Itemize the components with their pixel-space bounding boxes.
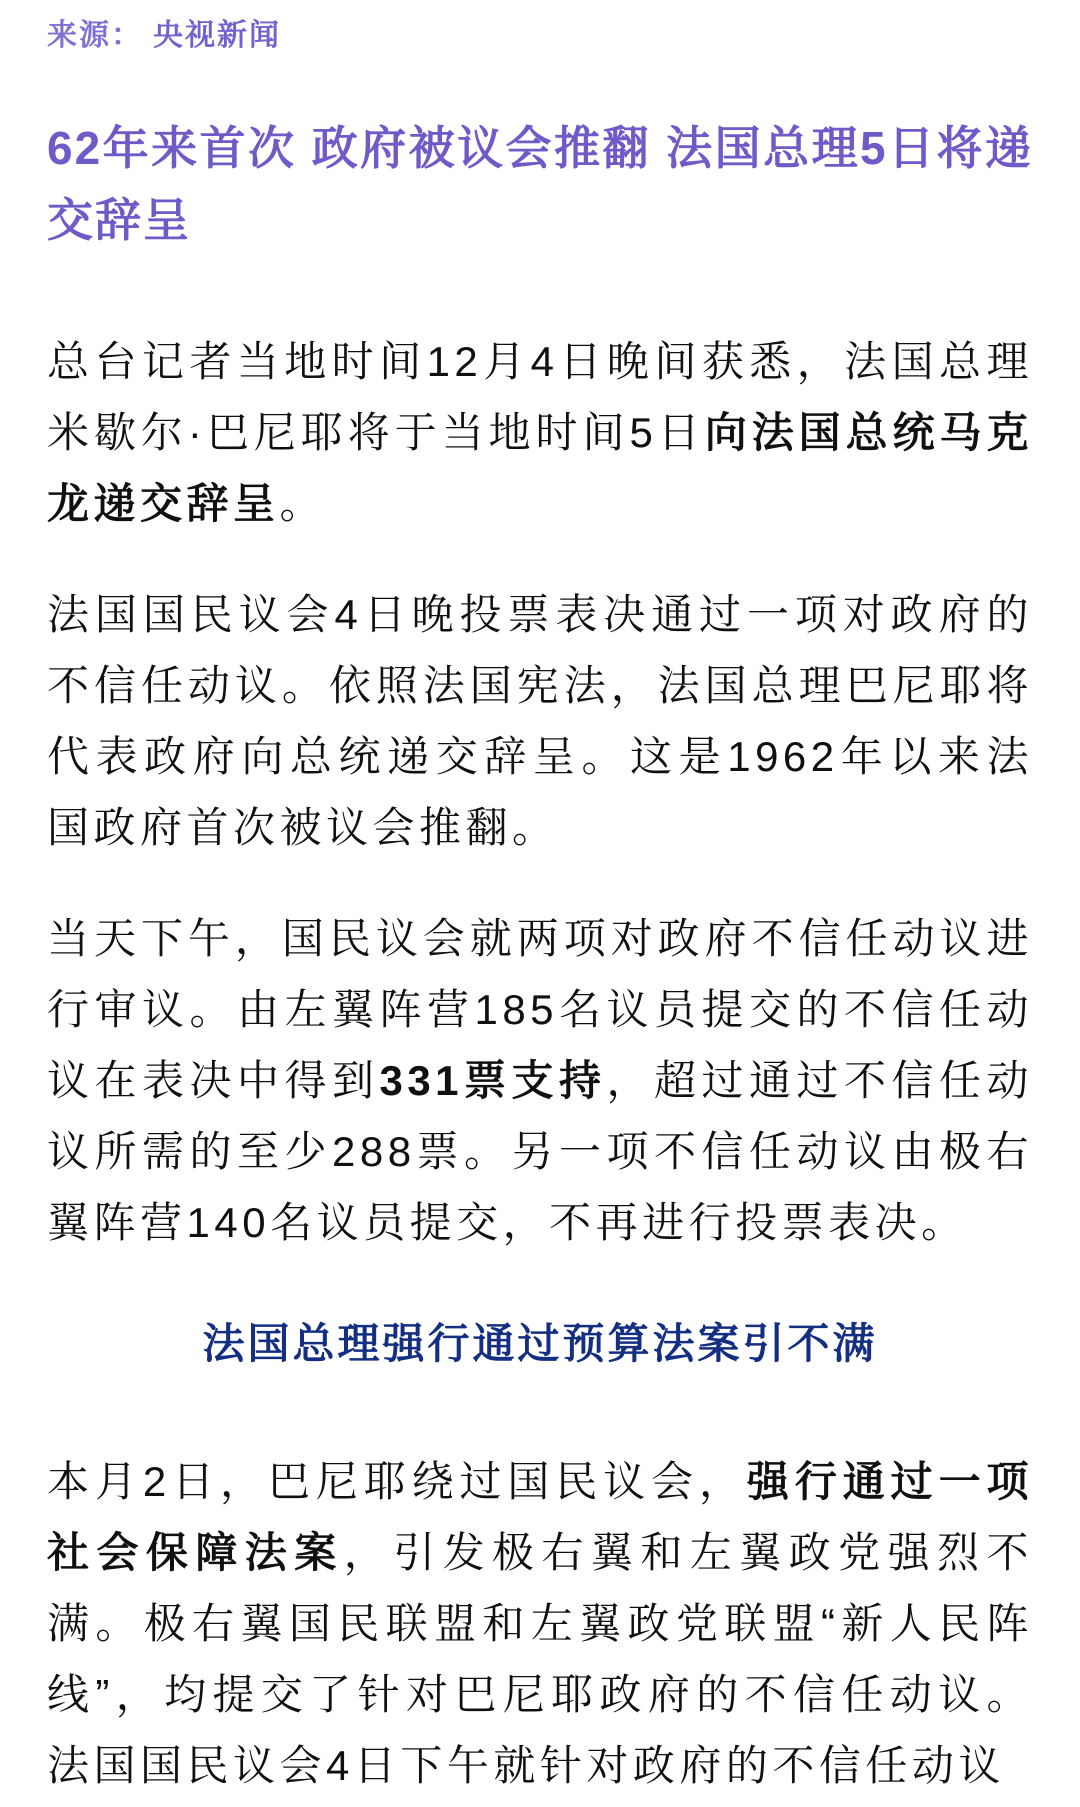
article-paragraph: 总台记者当地时间12月4日晚间获悉，法国总理米歇尔·巴尼耶将于当地时间5日向法国…	[47, 326, 1033, 539]
article-paragraph: 法国国民议会4日晚投票表决通过一项对政府的不信任动议。依照法国宪法，法国总理巴尼…	[47, 579, 1033, 863]
article-page: 来源：央视新闻 62年来首次 政府被议会推翻 法国总理5日将递交辞呈 总台记者当…	[0, 0, 1080, 1807]
bold-text: 331票支持	[379, 1057, 606, 1104]
source-line: 来源：央视新闻	[47, 14, 1033, 58]
source-link[interactable]: 央视新闻	[153, 19, 281, 52]
article-paragraph: 当天下午，国民议会就两项对政府不信任动议进行审议。由左翼阵营185名议员提交的不…	[47, 903, 1033, 1258]
section-subheading: 法国总理强行通过预算法案引不满	[47, 1314, 1033, 1374]
source-label: 来源：	[47, 19, 143, 52]
article-body: 总台记者当地时间12月4日晚间获悉，法国总理米歇尔·巴尼耶将于当地时间5日向法国…	[47, 326, 1033, 1801]
body-text: 法国国民议会4日晚投票表决通过一项对政府的不信任动议。依照法国宪法，法国总理巴尼…	[47, 591, 1033, 851]
body-text: 。	[280, 480, 327, 527]
article-title: 62年来首次 政府被议会推翻 法国总理5日将递交辞呈	[47, 112, 1033, 256]
article-paragraph: 本月2日，巴尼耶绕过国民议会，强行通过一项社会保障法案，引发极右翼和左翼政党强烈…	[47, 1446, 1033, 1801]
body-text: 本月2日，巴尼耶绕过国民议会，	[47, 1458, 747, 1505]
